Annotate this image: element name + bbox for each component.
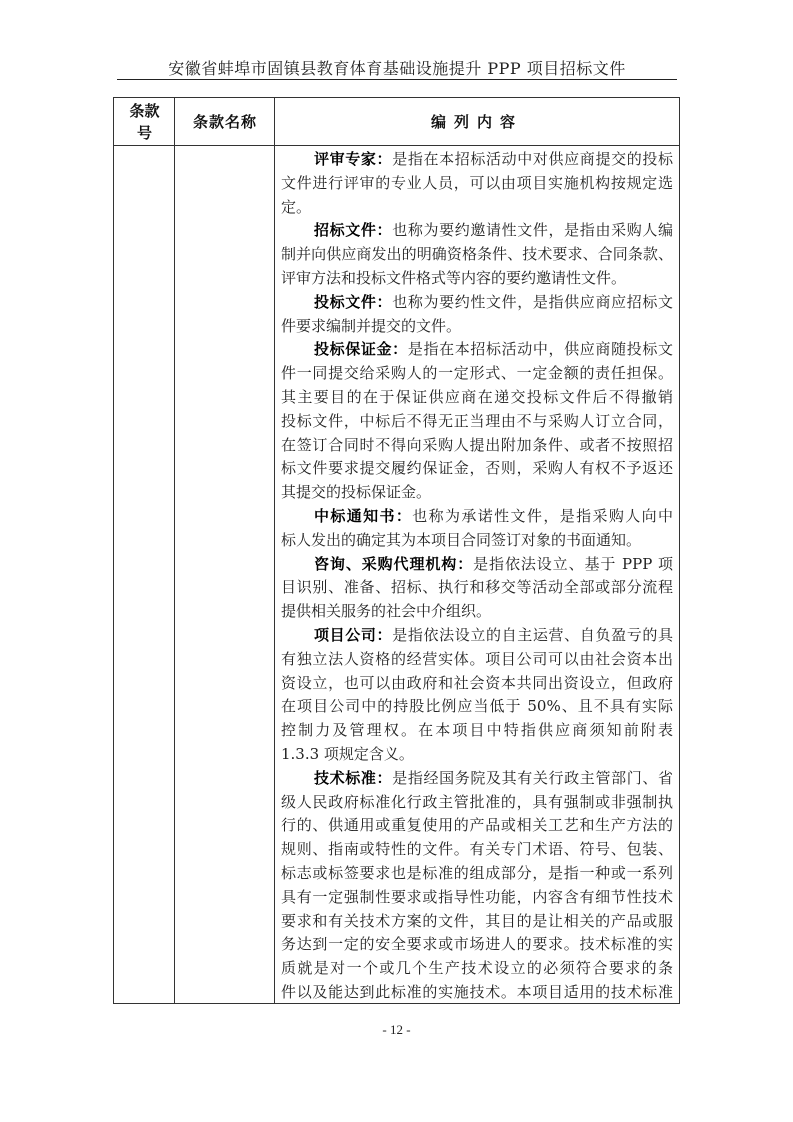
column-divider [174,98,175,1003]
text-line: 定。 [281,196,673,220]
text-line: 规则、指南或特性的文件。有关专门术语、符号、包装、 [281,838,673,862]
definition-text: 资设立，也可以由政府和社会资本共同出资设立，但政府 [281,674,673,692]
definition-text: 标人发出的确定其为本项目合同签订对象的书面通知。 [281,531,641,549]
definition-text: 是指经国务院及其有关行政主管部门、省 [392,769,673,787]
definition-text: 投标文件，中标后不得无正当理由不与采购人订立合同， [281,412,673,430]
definition-text: 其主要目的在于保证供应商在递交投标文件后不得撤销 [281,388,673,406]
text-line: 资设立，也可以由政府和社会资本共同出资设立，但政府 [281,672,673,696]
text-line: 1.3.3 项规定含义。 [281,743,673,767]
definition-text: 是指依法设立的自主运营、自负盈亏的具 [392,626,673,644]
definition-text: 也称为要约邀请性文件，是指由采购人编 [392,221,673,239]
defined-term: 投标文件： [314,293,392,311]
definition-text: 质就是对一个或几个生产技术设立的必须符合要求的条 [281,959,673,977]
text-line: 投标保证金：是指在本招标活动中，供应商随投标文 [281,338,673,362]
document-header-title: 安徽省蚌埠市固镇县教育体育基础设施提升 PPP 项目招标文件 [117,56,677,79]
page-number: - 12 - [0,1022,793,1038]
column-header-clause-name: 条款名称 [175,98,275,145]
definition-text: 是指在本招标活动中，供应商随投标文 [408,340,673,358]
text-line: 中标通知书：也称为承诺性文件，是指采购人向中 [281,505,673,529]
text-line: 在项目公司中的持股比例应当低于 50%、且不具有实际 [281,695,673,719]
definition-text: 务达到一定的安全要求或市场进人的要求。技术标准的实 [281,935,673,953]
definition-text: 控制力及管理权。在本项目中特指供应商须知前附表 [281,721,673,739]
definition-text: 是指依法设立、基于 PPP 项 [473,555,673,573]
clause-table: 条款 号 条款名称 编列内容 评审专家：是指在本招标活动中对供应商提交的投标文件… [113,97,680,1004]
text-line: 咨询、采购代理机构：是指依法设立、基于 PPP 项 [281,553,673,577]
definition-paragraph: 投标文件：也称为要约性文件，是指供应商应招标文件要求编制并提交的文件。 [281,291,673,339]
text-line: 有独立法人资格的经营实体。项目公司可以由社会资本出 [281,648,673,672]
definition-text: 其提交的投标保证金。 [281,483,431,501]
content-cell: 评审专家：是指在本招标活动中对供应商提交的投标文件进行评审的专业人员，可以由项目… [281,148,673,1005]
column-header-content: 编列内容 [275,98,679,145]
header-rule [117,79,677,80]
text-line: 目识别、准备、招标、执行和移交等活动全部或部分流程 [281,576,673,600]
column-header-text: 号 [137,122,152,144]
text-line: 在签订合同时不得向采购人提出附加条件、或者不按照招 [281,434,673,458]
definition-paragraph: 技术标准：是指经国务院及其有关行政主管部门、省级人民政府标准化行政主管批准的，具… [281,767,673,1005]
definition-paragraph: 中标通知书：也称为承诺性文件，是指采购人向中标人发出的确定其为本项目合同签订对象… [281,505,673,553]
defined-term: 技术标准： [314,769,392,787]
text-line: 标志或标签要求也是标准的组成部分，是指一种或一系列 [281,862,673,886]
definition-paragraph: 咨询、采购代理机构：是指依法设立、基于 PPP 项目识别、准备、招标、执行和移交… [281,553,673,624]
definition-text: 件以及能达到此标准的实施技术。本项目适用的技术标准 [281,983,673,1001]
definition-text: 在项目公司中的持股比例应当低于 50%、且不具有实际 [281,697,673,715]
text-line: 件要求编制并提交的文件。 [281,315,673,339]
text-line: 要求和有关技术方案的文件，其目的是让相关的产品或服 [281,910,673,934]
text-line: 具有一定强制性要求或指导性功能，内容含有细节性技术 [281,886,673,910]
definition-text: 1.3.3 项规定含义。 [281,745,414,763]
definition-text: 标志或标签要求也是标准的组成部分，是指一种或一系列 [281,864,673,882]
definition-paragraph: 项目公司：是指依法设立的自主运营、自负盈亏的具有独立法人资格的经营实体。项目公司… [281,624,673,767]
text-line: 其主要目的在于保证供应商在递交投标文件后不得撤销 [281,386,673,410]
defined-term: 咨询、采购代理机构： [314,555,473,573]
text-line: 质就是对一个或几个生产技术设立的必须符合要求的条 [281,957,673,981]
definition-text: 件要求编制并提交的文件。 [281,317,461,335]
definition-text: 定。 [281,198,311,216]
definition-text: 行的、供通用或重复使用的产品或相关工艺和生产方法的 [281,816,673,834]
text-line: 评审专家：是指在本招标活动中对供应商提交的投标 [281,148,673,172]
text-line: 投标文件，中标后不得无正当理由不与采购人订立合同， [281,410,673,434]
text-line: 件一同提交给采购人的一定形式、一定金额的责任担保。 [281,362,673,386]
definition-text: 在签订合同时不得向采购人提出附加条件、或者不按照招 [281,436,673,454]
text-line: 文件进行评审的专业人员，可以由项目实施机构按规定选 [281,172,673,196]
text-line: 制并向供应商发出的明确资格条件、技术要求、合同条款、 [281,243,673,267]
text-line: 控制力及管理权。在本项目中特指供应商须知前附表 [281,719,673,743]
definition-paragraph: 招标文件：也称为要约邀请性文件，是指由采购人编制并向供应商发出的明确资格条件、技… [281,219,673,290]
definition-text: 标文件要求提交履约保证金，否则，采购人有权不予返还 [281,459,673,477]
text-line: 务达到一定的安全要求或市场进人的要求。技术标准的实 [281,933,673,957]
text-line: 级人民政府标准化行政主管批准的，具有强制或非强制执 [281,791,673,815]
definition-text: 评审方法和投标文件格式等内容的要约邀请性文件。 [281,269,626,287]
text-line: 技术标准：是指经国务院及其有关行政主管部门、省 [281,767,673,791]
text-line: 提供相关服务的社会中介组织。 [281,600,673,624]
definition-paragraph: 投标保证金：是指在本招标活动中，供应商随投标文件一同提交给采购人的一定形式、一定… [281,338,673,505]
column-divider [274,98,275,1003]
definition-text: 提供相关服务的社会中介组织。 [281,602,491,620]
definition-text: 要求和有关技术方案的文件，其目的是让相关的产品或服 [281,912,673,930]
text-line: 标文件要求提交履约保证金，否则，采购人有权不予返还 [281,457,673,481]
definition-text: 也称为承诺性文件，是指采购人向中 [412,507,673,525]
text-line: 行的、供通用或重复使用的产品或相关工艺和生产方法的 [281,814,673,838]
definition-text: 文件进行评审的专业人员，可以由项目实施机构按规定选 [281,174,673,192]
definition-paragraph: 评审专家：是指在本招标活动中对供应商提交的投标文件进行评审的专业人员，可以由项目… [281,148,673,219]
defined-term: 评审专家： [314,150,392,168]
text-line: 招标文件：也称为要约邀请性文件，是指由采购人编 [281,219,673,243]
column-header-text: 条款 [129,100,159,122]
definition-text: 有独立法人资格的经营实体。项目公司可以由社会资本出 [281,650,673,668]
definition-text: 目识别、准备、招标、执行和移交等活动全部或部分流程 [281,578,673,596]
text-line: 项目公司：是指依法设立的自主运营、自负盈亏的具 [281,624,673,648]
definition-text: 级人民政府标准化行政主管批准的，具有强制或非强制执 [281,793,673,811]
text-line: 投标文件：也称为要约性文件，是指供应商应招标文 [281,291,673,315]
defined-term: 项目公司： [314,626,392,644]
defined-term: 中标通知书： [314,507,412,525]
text-line: 评审方法和投标文件格式等内容的要约邀请性文件。 [281,267,673,291]
header-row-divider [114,145,679,146]
defined-term: 投标保证金： [314,340,408,358]
text-line: 其提交的投标保证金。 [281,481,673,505]
definition-text: 也称为要约性文件，是指供应商应招标文 [392,293,673,311]
column-header-clause-number: 条款 号 [114,98,175,145]
defined-term: 招标文件： [314,221,392,239]
text-line: 标人发出的确定其为本项目合同签订对象的书面通知。 [281,529,673,553]
definition-text: 是指在本招标活动中对供应商提交的投标 [392,150,673,168]
definition-text: 件一同提交给采购人的一定形式、一定金额的责任担保。 [281,364,673,382]
definition-text: 制并向供应商发出的明确资格条件、技术要求、合同条款、 [281,245,673,263]
definition-text: 具有一定强制性要求或指导性功能，内容含有细节性技术 [281,888,673,906]
text-line: 件以及能达到此标准的实施技术。本项目适用的技术标准 [281,981,673,1005]
definition-text: 规则、指南或特性的文件。有关专门术语、符号、包装、 [281,840,673,858]
